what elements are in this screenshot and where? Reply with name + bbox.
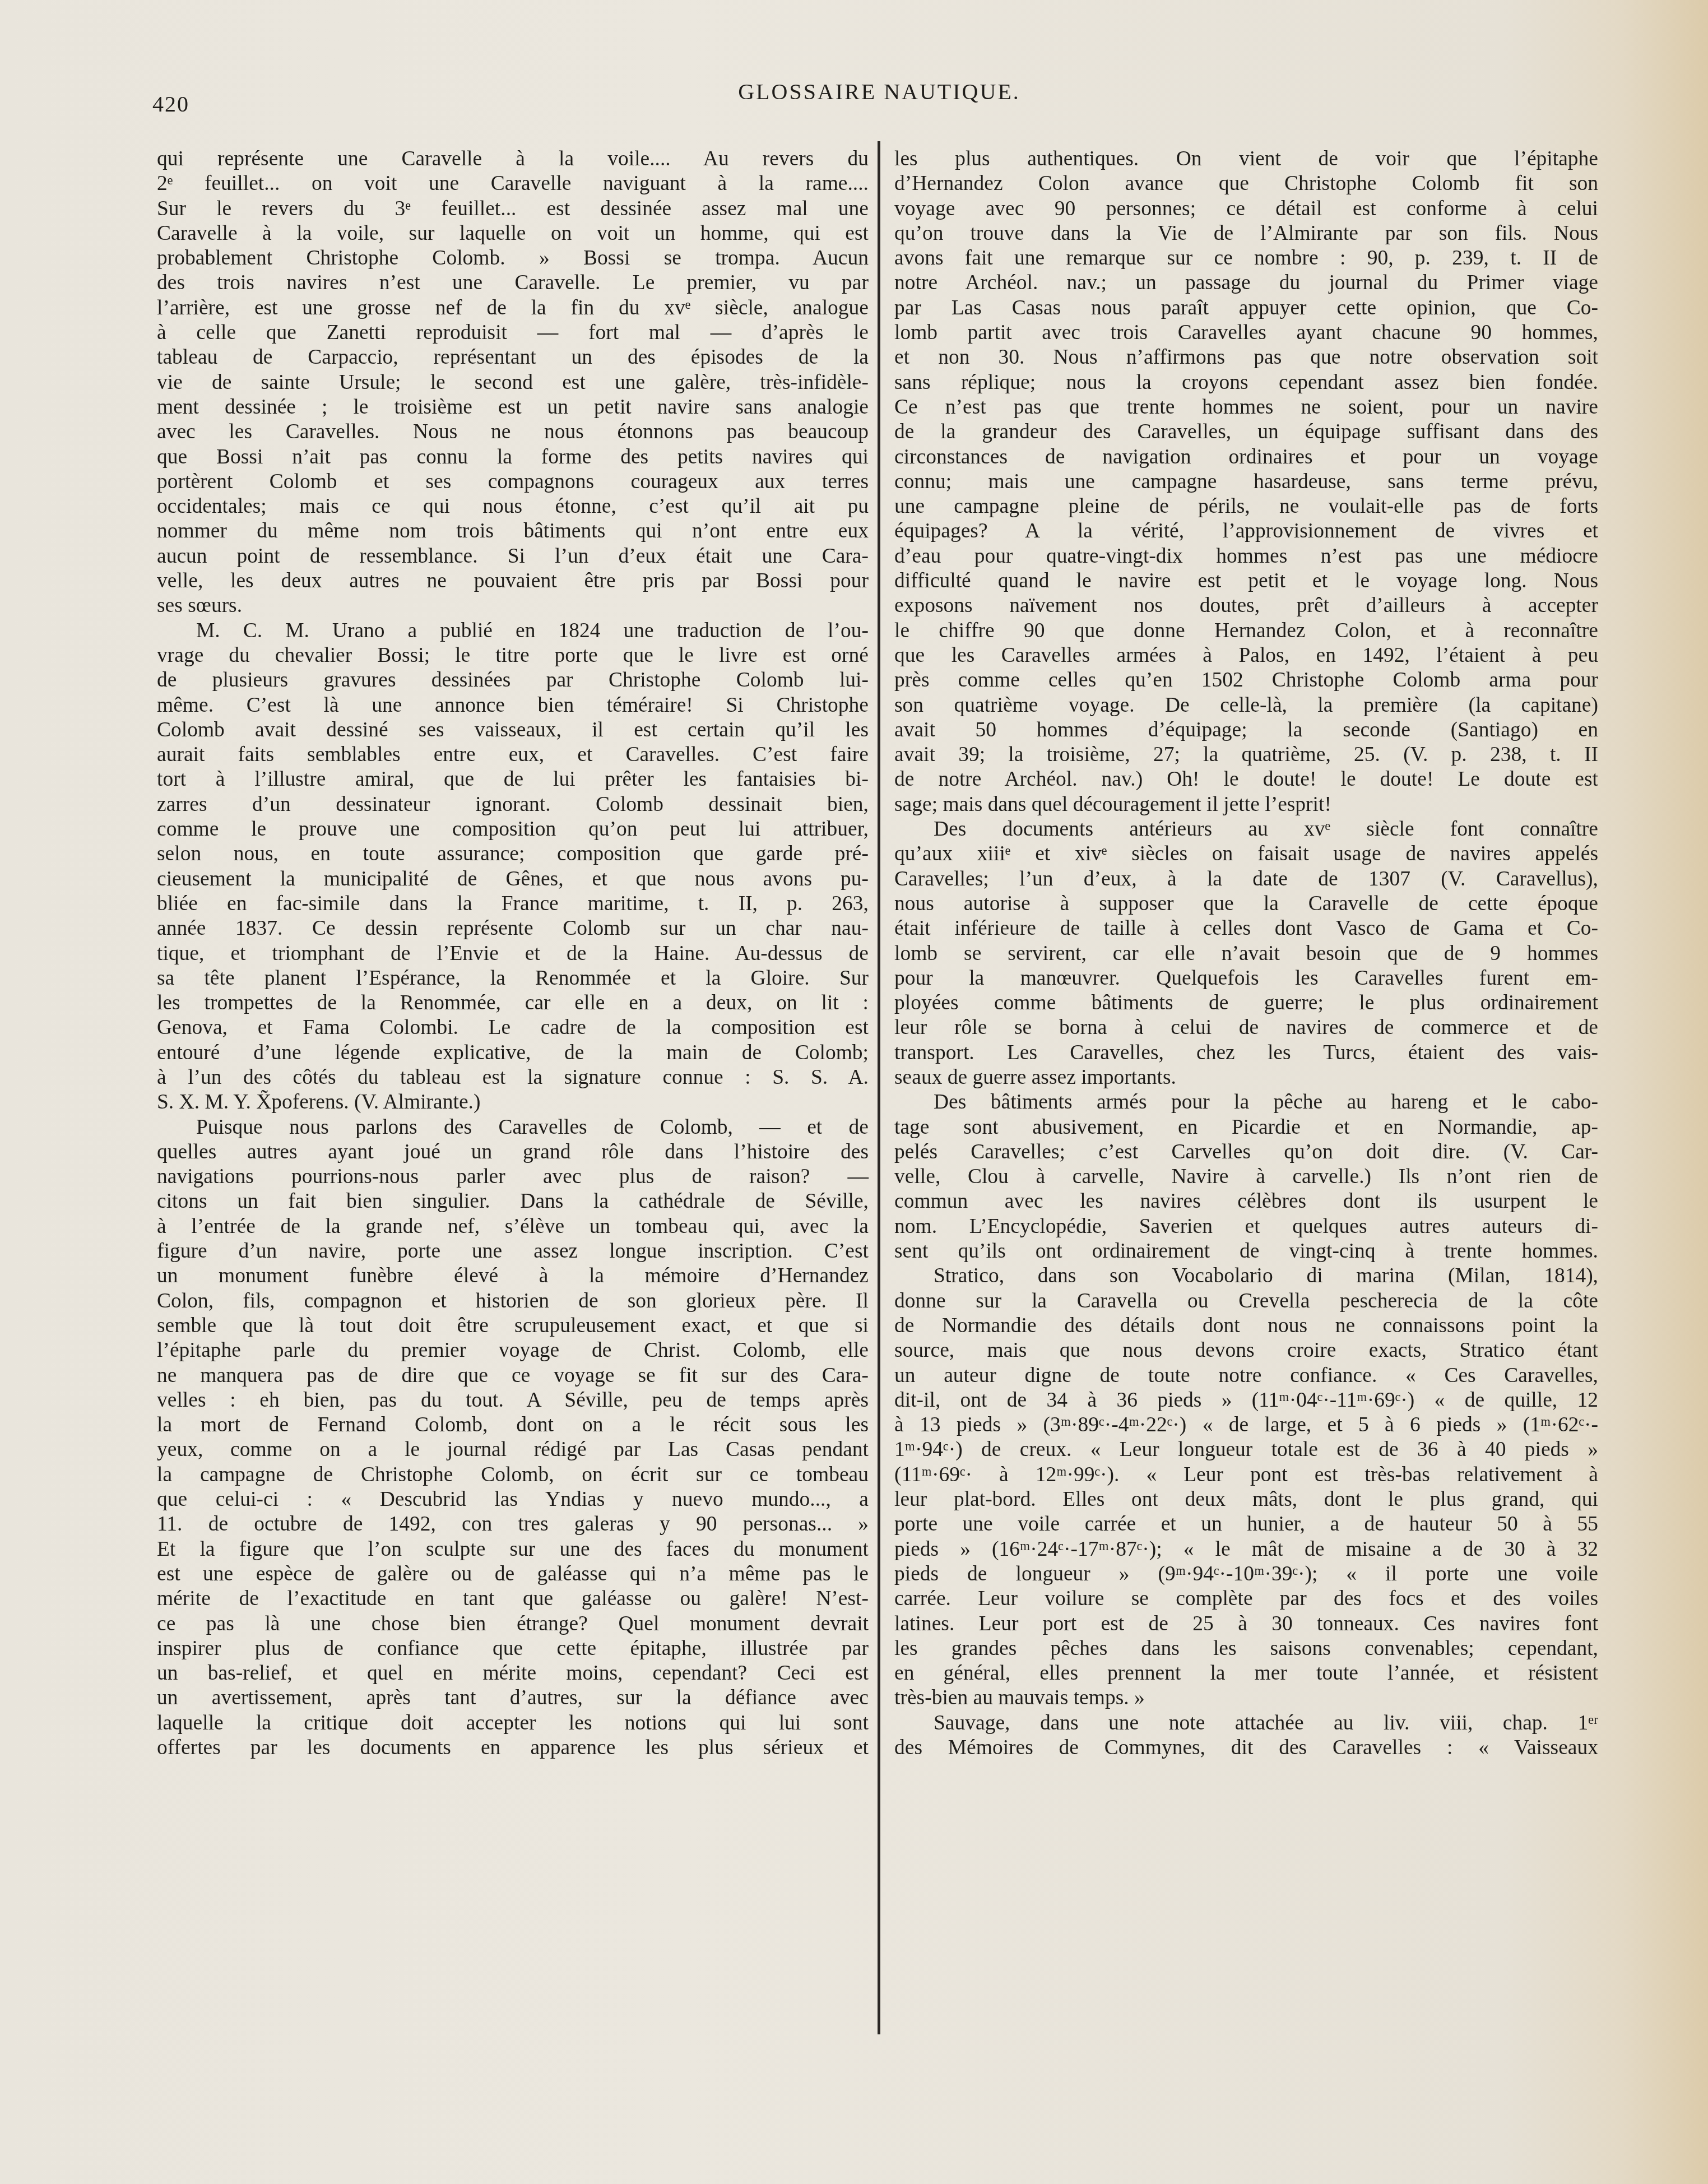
text-line: et non 30. Nous n’affirmons pas que notr… [894, 345, 1598, 370]
text-line: de la grandeur des Caravelles, un équipa… [894, 420, 1598, 444]
text-line: latines. Leur port est de 25 à 30 tonnea… [894, 1612, 1598, 1636]
text-line: un bas-relief, et quel en mérite moins, … [157, 1661, 869, 1686]
text-line: des trois navires n’est une Caravelle. L… [157, 271, 869, 295]
text-line: M. C. M. Urano a publié en 1824 une trad… [157, 619, 869, 643]
text-line: carrée. Leur voilure se complète par des… [894, 1587, 1598, 1611]
text-line: velle, Clou à carvelle, Navire à carvell… [894, 1165, 1598, 1189]
text-line: ployées comme bâtiments de guerre; le pl… [894, 991, 1598, 1016]
text-line: pieds » (16ᵐ·24ᶜ·-17ᵐ·87ᶜ·); « le mât de… [894, 1537, 1598, 1562]
running-head: GLOSSAIRE NAUTIQUE. [0, 78, 1708, 105]
text-line: d’Hernandez Colon avance que Christophe … [894, 171, 1598, 196]
text-line: tableau de Carpaccio, représentant un de… [157, 345, 869, 370]
text-line: sa tête planent l’Espérance, la Renommée… [157, 966, 869, 991]
text-line: navigations pourrions-nous parler avec p… [157, 1165, 869, 1189]
text-line: Puisque nous parlons des Caravelles de C… [157, 1115, 869, 1140]
text-line: sent qu’ils ont ordinairement de vingt-c… [894, 1239, 1598, 1264]
text-line: nom. L’Encyclopédie, Saverien et quelque… [894, 1214, 1598, 1239]
text-line: portèrent Colomb et ses compagnons coura… [157, 470, 869, 494]
text-line: S. X. M. Y. X̃poferens. (V. Almirante.) [157, 1090, 869, 1115]
text-line: équipages? A la vérité, l’approvisionnem… [894, 519, 1598, 544]
text-line: lomb se servirent, car elle n’avait beso… [894, 942, 1598, 966]
text-line: transport. Les Caravelles, chez les Turc… [894, 1041, 1598, 1065]
text-line: Genova, et Fama Colombi. Le cadre de la … [157, 1016, 869, 1040]
text-line: en général, elles prennent la mer toute … [894, 1661, 1598, 1686]
text-line: laquelle la critique doit accepter les n… [157, 1711, 869, 1736]
text-line: Caravelles; l’un d’eux, à la date de 130… [894, 867, 1598, 892]
text-line: citons un fait bien singulier. Dans la c… [157, 1189, 869, 1214]
text-line: lomb partit avec trois Caravelles ayant … [894, 321, 1598, 345]
text-line: aucun point de ressemblance. Si l’un d’e… [157, 544, 869, 569]
text-line: de plusieurs gravures dessinées par Chri… [157, 668, 869, 693]
text-line: que celui-ci : « Descubrid las Yndias y … [157, 1487, 869, 1512]
text-line: Sur le revers du 3ᵉ feuillet... est dess… [157, 197, 869, 221]
text-line: que les Caravelles armées à Palos, en 14… [894, 643, 1598, 668]
text-line: quelles autres ayant joué un grand rôle … [157, 1140, 869, 1165]
text-line: de Normandie des détails dont nous ne co… [894, 1314, 1598, 1338]
text-line: Sauvage, dans une note attachée au liv. … [894, 1711, 1598, 1736]
text-line: d’eau pour quatre-vingt-dix hommes n’est… [894, 544, 1598, 569]
text-line: à celle que Zanetti reproduisit — fort m… [157, 321, 869, 345]
text-line: pelés Caravelles; c’est Carvelles qu’on … [894, 1140, 1598, 1165]
text-line: velles : eh bien, pas du tout. A Séville… [157, 1388, 869, 1413]
text-line: commun avec les navires célèbres dont il… [894, 1189, 1598, 1214]
text-line: zarres d’un dessinateur ignorant. Colomb… [157, 792, 869, 817]
text-line: une campagne pleine de périls, ne voulai… [894, 494, 1598, 519]
text-line: tage sont abusivement, en Picardie et en… [894, 1115, 1598, 1140]
text-line: les grandes pêches dans les saisons conv… [894, 1636, 1598, 1661]
text-line: Colon, fils, compagnon et historien de s… [157, 1289, 869, 1314]
text-line: cieusement la municipalité de Gênes, et … [157, 867, 869, 892]
text-line: Des documents antérieurs au xvᵉ siècle f… [894, 817, 1598, 842]
text-line: difficulté quand le navire est petit et … [894, 569, 1598, 593]
text-line: ce pas là une chose bien étrange? Quel m… [157, 1612, 869, 1636]
text-line: ses sœurs. [157, 593, 869, 618]
text-line: Ce n’est pas que trente hommes ne soient… [894, 395, 1598, 420]
text-line: 1ᵐ·94ᶜ·) de creux. « Leur longueur total… [894, 1438, 1598, 1462]
text-line: année 1837. Ce dessin représente Colomb … [157, 916, 869, 941]
text-line: à l’un des côtés du tableau est la signa… [157, 1065, 869, 1090]
text-line: Stratico, dans son Vocabolario di marina… [894, 1264, 1598, 1288]
text-line: les trompettes de la Renommée, car elle … [157, 991, 869, 1016]
right-column: les plus authentiques. On vient de voir … [894, 147, 1598, 1760]
text-line: aurait faits semblables entre eux, et Ca… [157, 743, 869, 767]
column-divider [878, 141, 880, 2034]
text-line: sans réplique; nous la croyons cependant… [894, 370, 1598, 395]
text-line: connu; mais une campagne hasardeuse, san… [894, 470, 1598, 494]
text-line: un monument funèbre élevé à la mémoire d… [157, 1264, 869, 1288]
text-line: l’arrière, est une grosse nef de la fin … [157, 296, 869, 321]
text-line: dit-il, ont de 34 à 36 pieds » (11ᵐ·04ᶜ·… [894, 1388, 1598, 1413]
text-line: Caravelle à la voile, sur laquelle on vo… [157, 221, 869, 246]
text-line: entouré d’une légende explicative, de la… [157, 1041, 869, 1065]
text-line: source, mais que nous devons croire exac… [894, 1338, 1598, 1363]
text-line: la campagne de Christophe Colomb, on écr… [157, 1463, 869, 1487]
text-line: l’épitaphe parle du premier voyage de Ch… [157, 1338, 869, 1363]
text-line: pieds de longueur » (9ᵐ·94ᶜ·-10ᵐ·39ᶜ·); … [894, 1562, 1598, 1587]
text-line: semble que là tout doit être scrupuleuse… [157, 1314, 869, 1338]
text-line: velle, les deux autres ne pouvaient être… [157, 569, 869, 593]
text-line: donne sur la Caravella ou Crevella pesch… [894, 1289, 1598, 1314]
text-line: vie de sainte Ursule; le second est une … [157, 370, 869, 395]
text-line: 2ᵉ feuillet... on voit une Caravelle nav… [157, 171, 869, 196]
text-line: avait 39; la troisième, 27; la quatrième… [894, 743, 1598, 767]
text-line: tort à l’illustre amiral, que de lui prê… [157, 767, 869, 792]
text-line: à l’entrée de la grande nef, s’élève un … [157, 1214, 869, 1239]
text-line: selon nous, en toute assurance; composit… [157, 842, 869, 866]
text-line: Des bâtiments armés pour la pêche au har… [894, 1090, 1598, 1115]
text-line: qui représente une Caravelle à la voile.… [157, 147, 869, 171]
text-line: un auteur digne de toute notre confiance… [894, 1364, 1598, 1388]
text-line: seaux de guerre assez importants. [894, 1065, 1598, 1090]
text-line: ne manquera pas de dire que ce voyage se… [157, 1364, 869, 1388]
text-line: Et la figure que l’on sculpte sur une de… [157, 1537, 869, 1562]
text-line: avons fait une remarque sur ce nombre : … [894, 246, 1598, 271]
text-line: un avertissement, après tant d’autres, s… [157, 1686, 869, 1710]
text-line: le chiffre 90 que donne Hernandez Colon,… [894, 619, 1598, 643]
text-line: 11. de octubre de 1492, con tres galeras… [157, 1512, 869, 1537]
text-line: les plus authentiques. On vient de voir … [894, 147, 1598, 171]
text-line: vrage du chevalier Bossi; le titre porte… [157, 643, 869, 668]
text-line: inspirer plus de confiance que cette épi… [157, 1636, 869, 1661]
text-line: de notre Archéol. nav.) Oh! le doute! le… [894, 767, 1598, 792]
text-line: la mort de Fernand Colomb, dont on a le … [157, 1413, 869, 1438]
text-line: très-bien au mauvais temps. » [894, 1686, 1598, 1710]
text-line: voyage avec 90 personnes; ce détail est … [894, 197, 1598, 221]
text-line: bliée en fac-simile dans la France marit… [157, 892, 869, 916]
text-line: pour la manœuvrer. Quelquefois les Carav… [894, 966, 1598, 991]
text-line: nous autorise à supposer que la Caravell… [894, 892, 1598, 916]
text-line: probablement Christophe Colomb. » Bossi … [157, 246, 869, 271]
text-line: figure d’un navire, porte une assez long… [157, 1239, 869, 1264]
text-line: ment dessinée ; le troisième est un peti… [157, 395, 869, 420]
text-line: à 13 pieds » (3ᵐ·89ᶜ·-4ᵐ·22ᶜ·) « de larg… [894, 1413, 1598, 1438]
text-line: par Las Casas nous paraît appuyer cette … [894, 296, 1598, 321]
text-line: que Bossi n’ait pas connu la forme des p… [157, 445, 869, 470]
text-line: Colomb avait dessiné ses vaisseaux, il e… [157, 718, 869, 743]
text-line: nommer du même nom trois bâtiments qui n… [157, 519, 869, 544]
text-line: circonstances de navigation ordinaires e… [894, 445, 1598, 470]
text-line: est une espèce de galère ou de galéasse … [157, 1562, 869, 1587]
text-line: yeux, comme on a le journal rédigé par L… [157, 1438, 869, 1462]
text-line: comme le prouve une composition qu’on pe… [157, 817, 869, 842]
text-line: tique, et triomphant de l’Envie et de la… [157, 942, 869, 966]
text-line: leur rôle se borna à celui de navires de… [894, 1016, 1598, 1040]
text-line: occidentales; mais ce qui nous étonne, c… [157, 494, 869, 519]
text-line: mérite de l’exactitude en tant que galéa… [157, 1587, 869, 1611]
text-line: qu’on trouve dans la Vie de l’Almirante … [894, 221, 1598, 246]
text-line: exposons naïvement nos doutes, prêt d’ai… [894, 593, 1598, 618]
text-line: avec les Caravelles. Nous ne nous étonno… [157, 420, 869, 444]
left-column: qui représente une Caravelle à la voile.… [157, 147, 869, 1760]
text-line: leur plat-bord. Elles ont deux mâts, don… [894, 1487, 1598, 1512]
text-line: qu’aux xiiiᵉ et xivᵉ siècles on faisait … [894, 842, 1598, 866]
text-line: son quatrième voyage. De celle-là, la pr… [894, 693, 1598, 718]
text-line: notre Archéol. nav.; un passage du journ… [894, 271, 1598, 295]
text-line: des Mémoires de Commynes, dit des Carave… [894, 1736, 1598, 1760]
text-line: offertes par les documents en apparence … [157, 1736, 869, 1760]
text-line: sage; mais dans quel découragement il je… [894, 792, 1598, 817]
text-line: était inférieure de taille à celles dont… [894, 916, 1598, 941]
text-line: près comme celles qu’en 1502 Christophe … [894, 668, 1598, 693]
text-line: porte une voile carrée et un hunier, a d… [894, 1512, 1598, 1537]
text-line: même. C’est là une annonce bien témérair… [157, 693, 869, 718]
text-line: (11ᵐ·69ᶜ· à 12ᵐ·99ᶜ·). « Leur pont est t… [894, 1463, 1598, 1487]
text-line: avait 50 hommes d’équipage; la seconde (… [894, 718, 1598, 743]
